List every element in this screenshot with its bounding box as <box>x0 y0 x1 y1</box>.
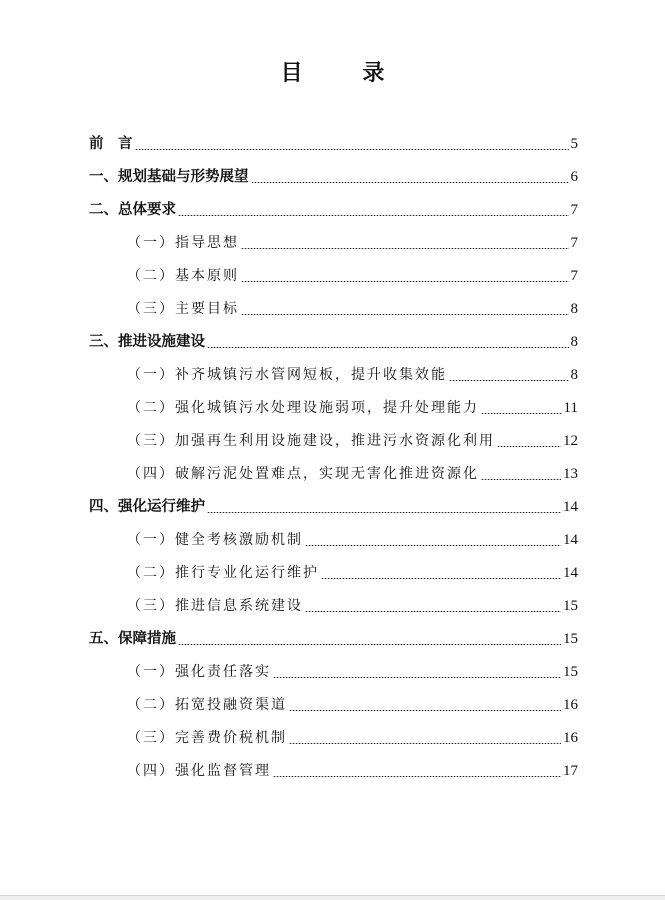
toc-entry-label: 一、规划基础与形势展望 <box>89 165 249 186</box>
toc-subentry[interactable]: （二）拓宽投融资渠道16 <box>89 687 578 720</box>
dot-leader <box>289 710 561 711</box>
toc-entry-label: （三）加强再生利用设施建设，推进污水资源化利用 <box>127 430 495 450</box>
toc-entry[interactable]: 一、规划基础与形势展望6 <box>89 159 578 192</box>
toc-entry-label: （一）指导思想 <box>127 232 239 252</box>
toc-entry-label: 四、强化运行维护 <box>89 495 205 516</box>
toc-entry[interactable]: 四、强化运行维护14 <box>89 489 578 522</box>
toc-page-number: 7 <box>571 268 579 285</box>
toc-page-number: 14 <box>563 532 578 549</box>
toc-page-number: 17 <box>563 763 578 780</box>
toc-entry-label: （四）破解污泥处置难点，实现无害化推进资源化 <box>127 463 479 483</box>
dot-leader <box>207 512 561 513</box>
toc-page-number: 8 <box>571 334 579 351</box>
toc-entry-label: （一）强化责任落实 <box>127 661 271 681</box>
toc-entry-label: 前 言 <box>89 132 133 153</box>
dot-leader <box>321 578 561 579</box>
dot-leader <box>497 446 561 447</box>
toc-entry-label: 五、保障措施 <box>89 627 176 648</box>
dot-leader <box>241 314 569 315</box>
document-page: 目 录 前 言5 一、规划基础与形势展望6 二、总体要求7 （一）指导思想7 （… <box>0 0 665 895</box>
toc-page-number: 14 <box>563 499 578 516</box>
toc-entry-label: （二）推行专业化运行维护 <box>127 562 319 582</box>
dot-leader <box>449 380 569 381</box>
toc-page-number: 15 <box>563 664 578 681</box>
dot-leader <box>273 677 561 678</box>
dot-leader <box>481 479 561 480</box>
toc-subentry[interactable]: （二）基本原则7 <box>89 258 578 291</box>
dot-leader <box>241 248 569 249</box>
toc-subentry[interactable]: （四）破解污泥处置难点，实现无害化推进资源化13 <box>89 456 578 489</box>
toc-subentry[interactable]: （三）主要目标8 <box>89 291 578 324</box>
dot-leader <box>289 743 561 744</box>
toc-entry-label: 二、总体要求 <box>89 198 176 219</box>
toc-subentry[interactable]: （一）健全考核激励机制14 <box>89 522 578 555</box>
dot-leader <box>207 347 569 348</box>
toc-page-number: 8 <box>571 301 579 318</box>
toc-entry[interactable]: 三、推进设施建设8 <box>89 324 578 357</box>
toc-entry-label: （二）拓宽投融资渠道 <box>127 694 287 714</box>
toc-page-number: 11 <box>564 400 578 417</box>
toc-page-number: 15 <box>563 598 578 615</box>
dot-leader <box>305 611 561 612</box>
toc-entry-label: （三）推进信息系统建设 <box>127 595 303 615</box>
toc-entry-label: （一）健全考核激励机制 <box>127 529 303 549</box>
toc-page-number: 15 <box>563 631 578 648</box>
toc-page-number: 5 <box>571 136 579 153</box>
table-of-contents: 前 言5 一、规划基础与形势展望6 二、总体要求7 （一）指导思想7 （二）基本… <box>89 126 578 786</box>
toc-page-number: 6 <box>571 169 579 186</box>
toc-subentry[interactable]: （二）推行专业化运行维护14 <box>89 555 578 588</box>
toc-entry[interactable]: 前 言5 <box>89 126 578 159</box>
dot-leader <box>241 281 569 282</box>
toc-subentry[interactable]: （四）强化监督管理17 <box>89 753 578 786</box>
toc-page-number: 14 <box>563 565 578 582</box>
toc-page-number: 8 <box>571 367 579 384</box>
toc-page-number: 7 <box>571 202 579 219</box>
toc-page-number: 16 <box>563 697 578 714</box>
dot-leader <box>178 215 569 216</box>
toc-page-number: 13 <box>563 466 578 483</box>
toc-entry-label: （四）强化监督管理 <box>127 760 271 780</box>
toc-entry-label: （三）完善费价税机制 <box>127 727 287 747</box>
toc-entry-label: 三、推进设施建设 <box>89 330 205 351</box>
toc-entry-label: （一）补齐城镇污水管网短板，提升收集效能 <box>127 364 447 384</box>
toc-entry[interactable]: 五、保障措施15 <box>89 621 578 654</box>
toc-page-number: 16 <box>563 730 578 747</box>
toc-subentry[interactable]: （二）强化城镇污水处理设施弱项，提升处理能力11 <box>89 390 578 423</box>
dot-leader <box>178 644 561 645</box>
dot-leader <box>273 776 561 777</box>
toc-subentry[interactable]: （一）强化责任落实15 <box>89 654 578 687</box>
toc-subentry[interactable]: （三）推进信息系统建设15 <box>89 588 578 621</box>
toc-entry[interactable]: 二、总体要求7 <box>89 192 578 225</box>
viewer-bottom-edge <box>0 895 665 900</box>
toc-subentry[interactable]: （三）加强再生利用设施建设，推进污水资源化利用12 <box>89 423 578 456</box>
dot-leader <box>305 545 561 546</box>
toc-page-number: 12 <box>563 433 578 450</box>
page-title: 目 录 <box>0 56 665 87</box>
dot-leader <box>135 149 569 150</box>
toc-entry-label: （二）基本原则 <box>127 265 239 285</box>
toc-subentry[interactable]: （三）完善费价税机制16 <box>89 720 578 753</box>
toc-page-number: 7 <box>571 235 579 252</box>
dot-leader <box>481 413 562 414</box>
toc-entry-label: （三）主要目标 <box>127 298 239 318</box>
toc-subentry[interactable]: （一）指导思想7 <box>89 225 578 258</box>
toc-subentry[interactable]: （一）补齐城镇污水管网短板，提升收集效能8 <box>89 357 578 390</box>
dot-leader <box>251 182 569 183</box>
toc-entry-label: （二）强化城镇污水处理设施弱项，提升处理能力 <box>127 397 479 417</box>
